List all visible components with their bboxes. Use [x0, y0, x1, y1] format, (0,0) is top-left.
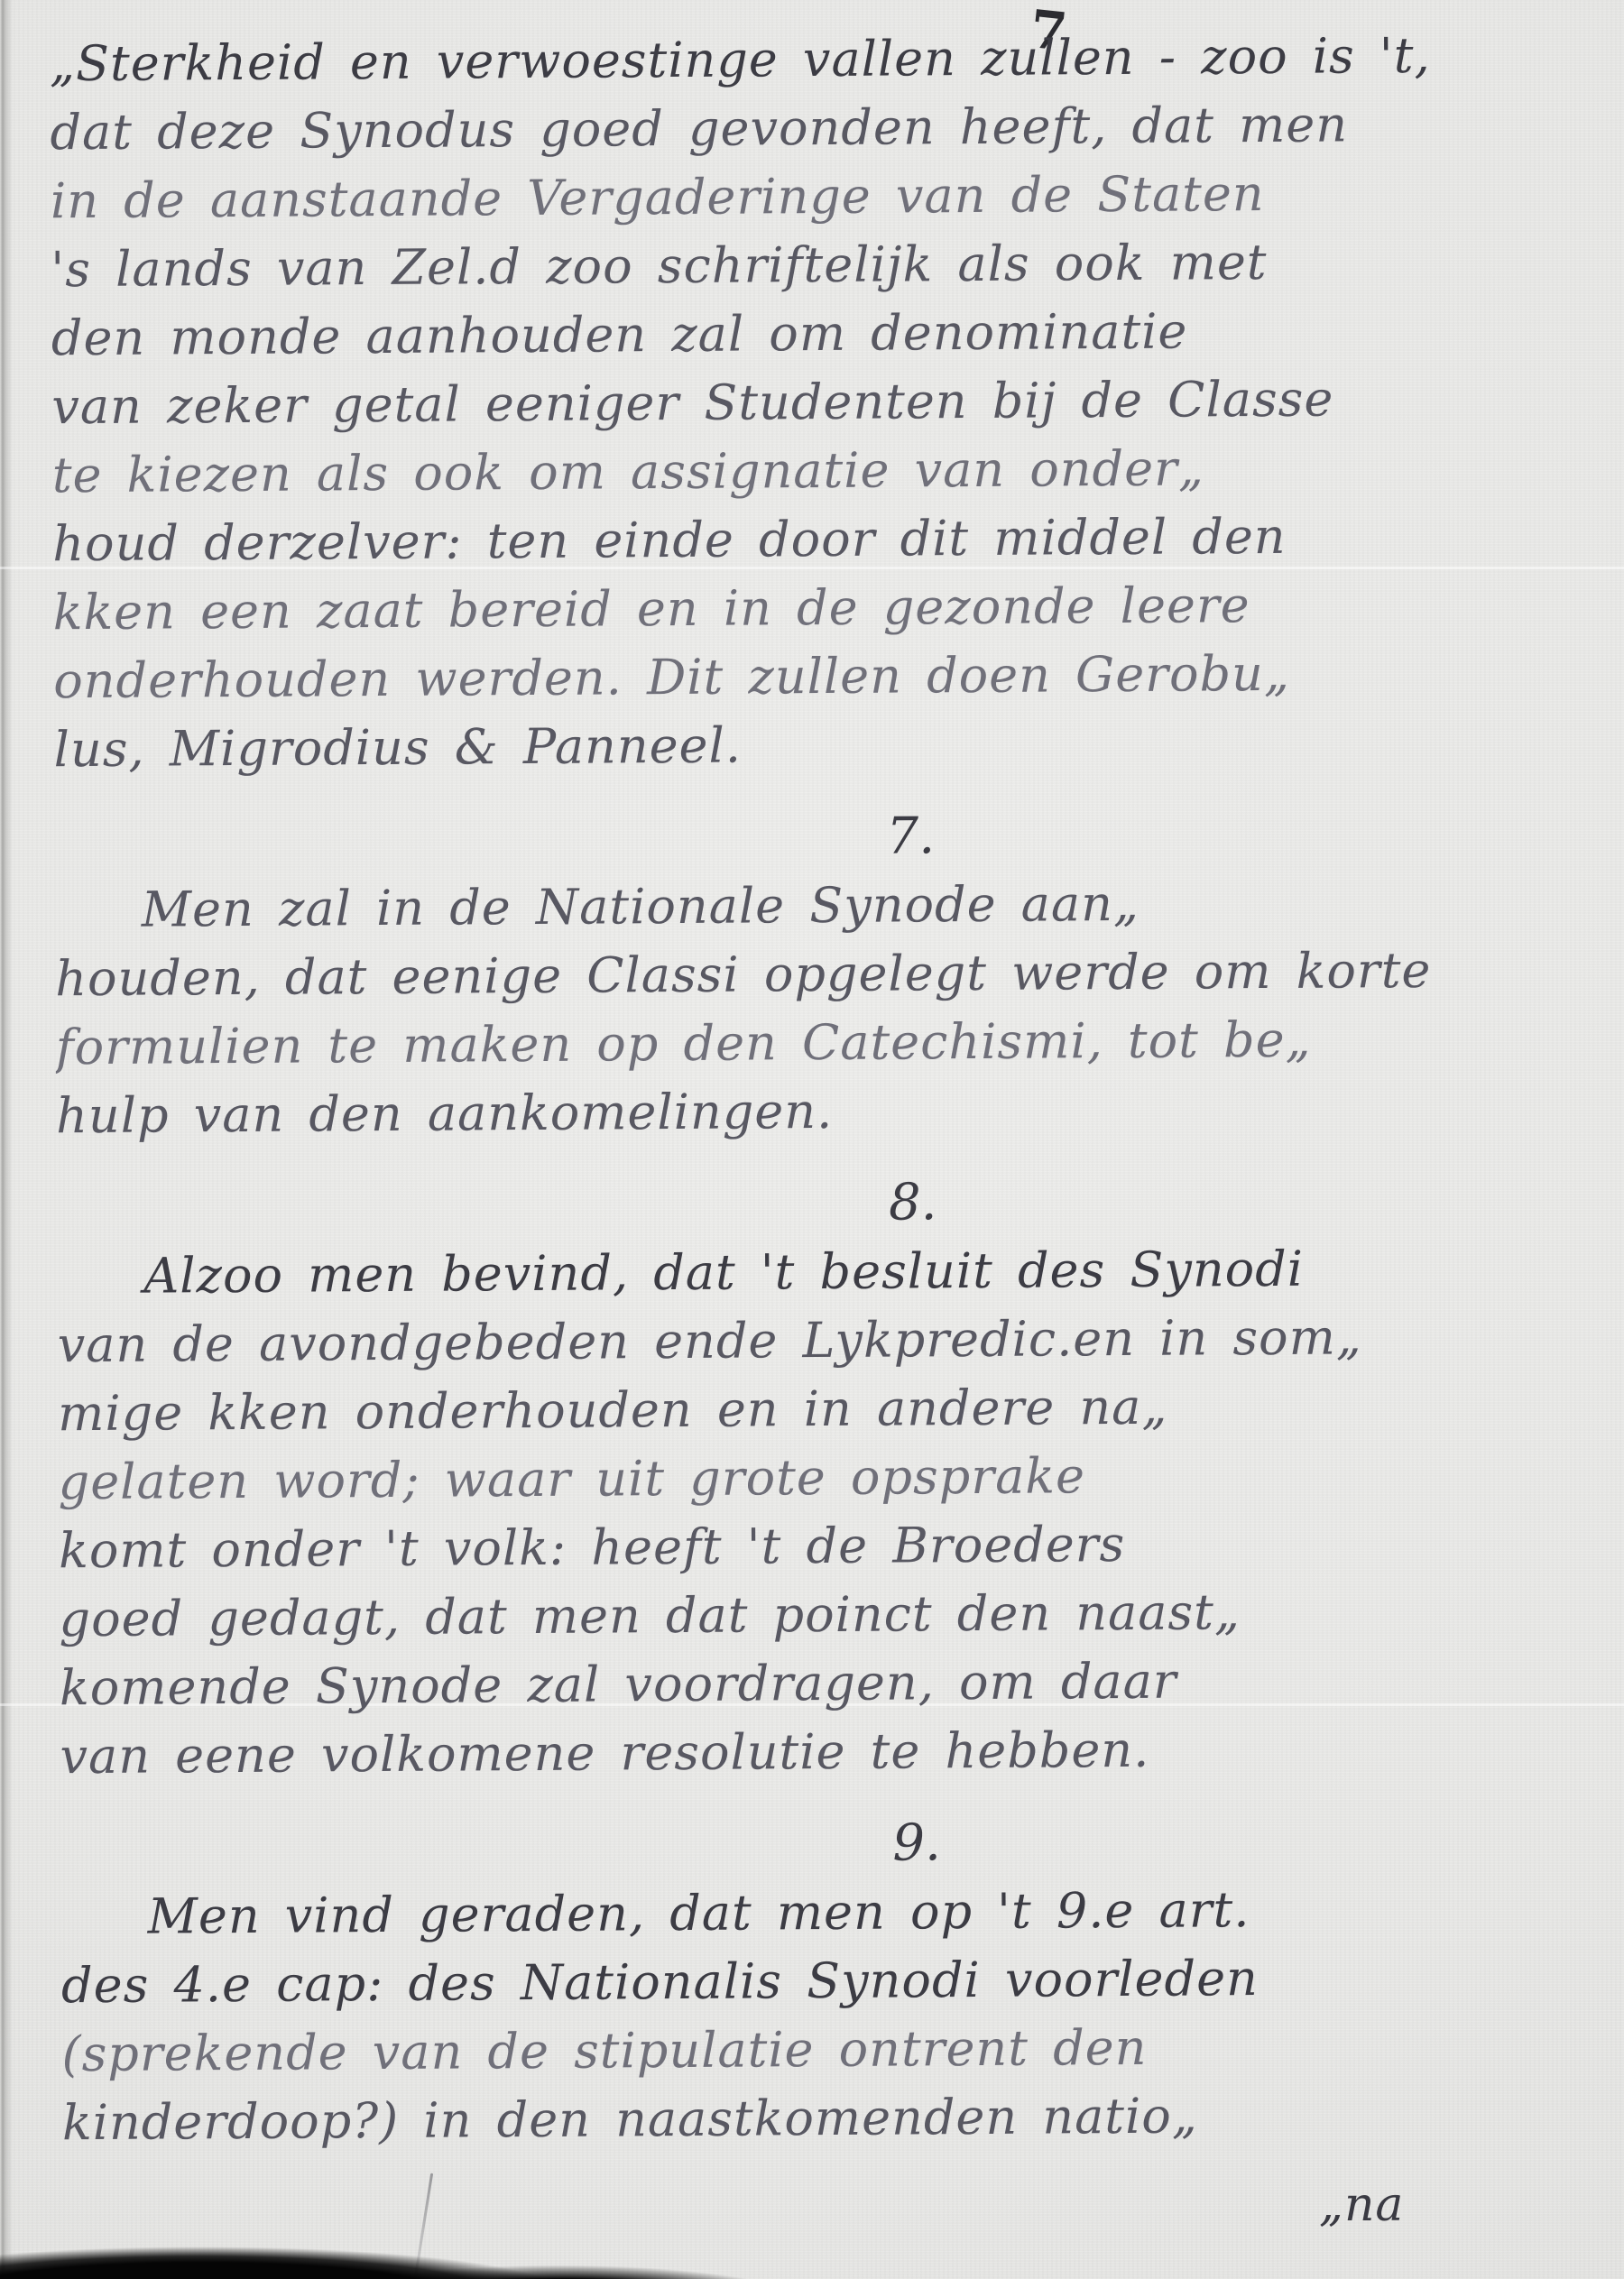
manuscript-line: (sprekende van de stipulatie ontrent den — [61, 2011, 1602, 2089]
section-number: 7. — [140, 798, 1624, 875]
scan-left-edge — [0, 0, 14, 2279]
manuscript-line: in de aanstaande Vergaderinge van de Sta… — [51, 158, 1592, 235]
manuscript-line: hulp van den aankomelingen. — [56, 1073, 1597, 1150]
manuscript-line: goed gedagt, dat men dat poinct den naas… — [59, 1576, 1600, 1654]
catchword: „na — [1319, 2178, 1404, 2232]
manuscript-line: formulien te maken op den Catechismi, to… — [55, 1004, 1596, 1082]
manuscript-line: kinderdoop?) in den naastkomenden natio„ — [62, 2080, 1603, 2157]
manuscript-line: van zeker getal eeniger Studenten bij de… — [51, 364, 1592, 441]
manuscript-page: 7 „Sterkheid en verwoestinge vallen zull… — [0, 0, 1624, 2279]
manuscript-line: dat deze Synodus goed gevonden heeft, da… — [50, 89, 1591, 167]
manuscript-line: lus, Migrodius & Panneel. — [53, 706, 1594, 784]
manuscript-text: „Sterkheid en verwoestinge vallen zullen… — [50, 21, 1603, 2157]
manuscript-line: van de avondgebeden ende Lykpredic.en in… — [57, 1302, 1598, 1379]
manuscript-line: den monde aanhouden zal om denominatie — [51, 295, 1592, 373]
scan-bottom-smudge — [0, 2247, 785, 2279]
manuscript-line: van eene volkomene resolutie te hebben. — [60, 1713, 1601, 1791]
manuscript-line: kken een zaat bereid en in de gezonde le… — [53, 569, 1594, 647]
manuscript-line: mige kken onderhouden en in andere na„ — [58, 1370, 1599, 1448]
manuscript-line: onderhouden werden. Dit zullen doen Gero… — [53, 638, 1594, 715]
manuscript-line: des 4.e cap: des Nationalis Synodi voorl… — [61, 1942, 1602, 2020]
manuscript-line: houden, dat eenige Classi opgelegt werde… — [55, 936, 1596, 1013]
manuscript-line: 's lands van Zel.d zoo schriftelijk als … — [51, 226, 1592, 304]
manuscript-line: te kiezen als ook om assignatie van onde… — [52, 432, 1593, 510]
section-number: 9. — [146, 1804, 1624, 1882]
manuscript-line: „Sterkheid en verwoestinge vallen zullen… — [50, 21, 1591, 98]
manuscript-line: Men vind geraden, dat men op 't 9.e art. — [60, 1874, 1601, 1951]
manuscript-line: komende Synode zal voordragen, om daar — [60, 1645, 1601, 1722]
manuscript-line: houd derzelver: ten einde door dit midde… — [52, 501, 1593, 578]
section-number: 8. — [143, 1164, 1624, 1241]
manuscript-line: gelaten word; waar uit grote opsprake — [58, 1439, 1599, 1517]
manuscript-line: Alzoo men bevind, dat 't besluit des Syn… — [57, 1233, 1598, 1311]
manuscript-line: komt onder 't volk: heeft 't de Broeders — [59, 1508, 1600, 1585]
manuscript-line: Men zal in de Nationale Synode aan„ — [55, 867, 1596, 945]
